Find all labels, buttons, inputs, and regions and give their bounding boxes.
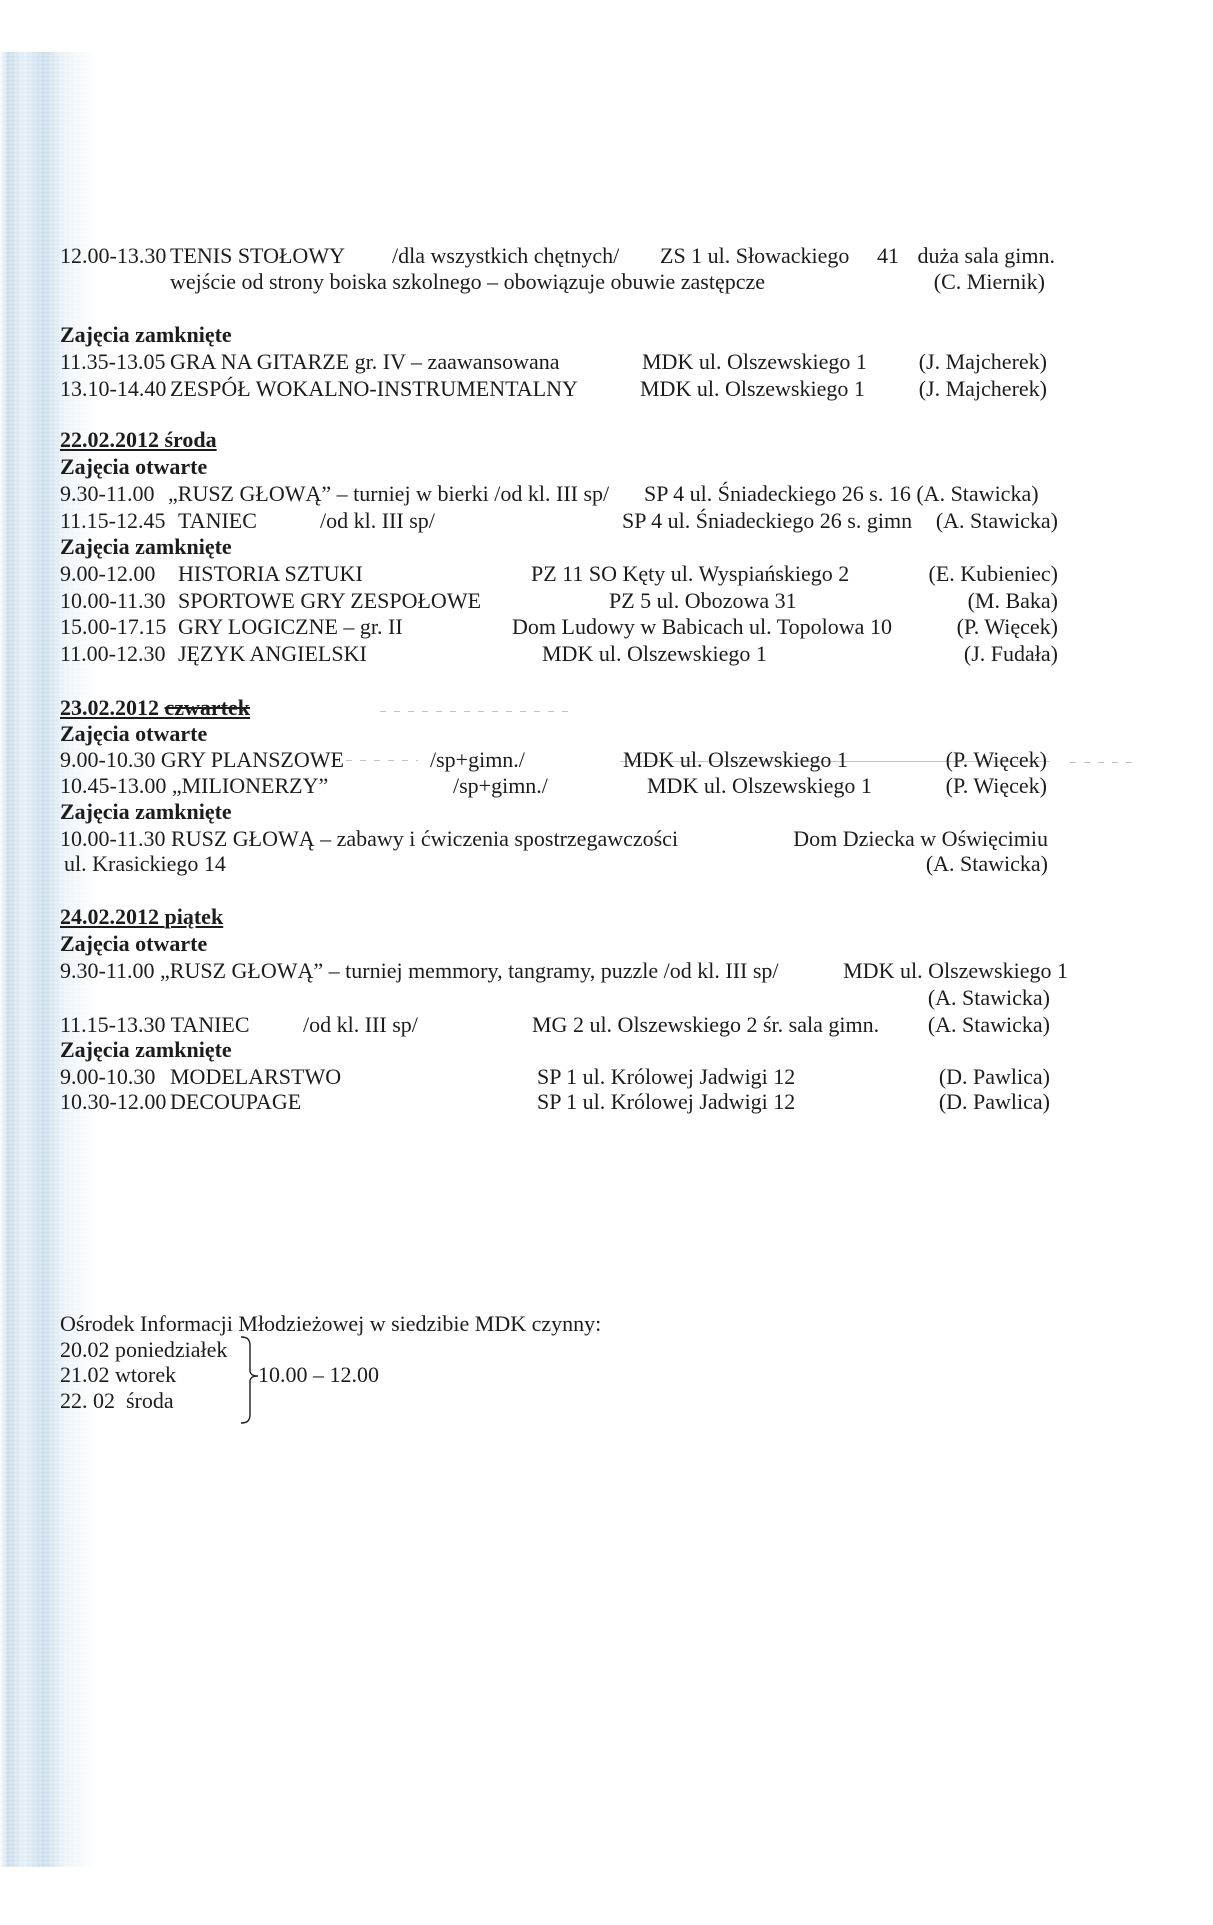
entry-audience: /od kl. III sp/ — [303, 1012, 418, 1038]
entry-activity-group: „RUSZ GŁOWĄ” – turniej w bierki /od kl. … — [168, 481, 609, 507]
entry-activity: TANIEC — [171, 1012, 250, 1037]
entry-time: 10.45-13.00 — [60, 773, 166, 798]
entry-leader: (A. Stawicka) — [928, 1012, 1050, 1038]
closed-classes-heading: Zajęcia zamknięte — [60, 799, 232, 825]
entry-place: MDK ul. Olszewskiego 1 — [843, 958, 1068, 984]
entry-time: 13.10-14.40 — [60, 376, 166, 402]
entry-leader: (D. Pawlica) — [939, 1089, 1050, 1115]
closed-classes-heading: Zajęcia zamknięte — [60, 1037, 232, 1063]
entry-leader: (J. Majcherek) — [919, 376, 1047, 402]
entry-place: Dom Ludowy w Babicach ul. Topolowa 10 — [512, 614, 892, 640]
info-day: 22. 02 środa — [60, 1388, 174, 1414]
scan-artifact — [380, 711, 570, 712]
info-day: 21.02 wtorek — [60, 1362, 176, 1388]
entry-note: wejście od strony boiska szkolnego – obo… — [170, 269, 765, 295]
info-title: Ośrodek Informacji Młodzieżowej w siedzi… — [60, 1311, 601, 1337]
entry-audience: /sp+gimn./ — [430, 747, 525, 773]
entry-audience: /od kl. III sp/ — [664, 958, 779, 983]
scan-artifact — [620, 761, 1050, 762]
entry-activity: GRA NA GITARZE gr. IV – zaawansowana — [170, 349, 559, 375]
entry-place: ZS 1 ul. Słowackiego — [660, 243, 849, 269]
entry-time: 10.30-12.00 — [60, 1089, 166, 1115]
entry-activity: HISTORIA SZTUKI — [178, 561, 363, 587]
entry-leader: (J. Fudała) — [964, 641, 1058, 667]
entry-leader: (C. Miernik) — [934, 269, 1045, 295]
entry-time: 9.00-10.30 — [60, 1064, 155, 1090]
entry-time: 9.30-11.00 — [60, 481, 155, 507]
entry-leader: (A. Stawicka) — [936, 508, 1058, 534]
entry-activity: GRY PLANSZOWE — [161, 747, 344, 772]
entry-place: SP 4 ul. Śniadeckiego 26 s. 16 — [644, 481, 911, 506]
entry-place: MDK ul. Olszewskiego 1 — [640, 376, 865, 402]
closed-classes-heading: Zajęcia zamknięte — [60, 534, 232, 560]
entry-time: 12.00-13.30 — [60, 243, 166, 269]
entry-activity: RUSZ GŁOWĄ – zabawy i ćwiczenia spostrze… — [171, 826, 678, 851]
entry-place-number: 41 — [877, 243, 899, 269]
entry-audience: /od kl. III sp/ — [320, 508, 435, 534]
entry-time-activity: 11.15-13.30 TANIEC — [60, 1012, 250, 1038]
entry-time-activity: 10.45-13.00 „MILIONERZY” — [60, 773, 328, 799]
info-day: 20.02 poniedziałek — [60, 1337, 227, 1363]
entry-room: duża sala gimn. — [918, 243, 1055, 269]
day-date: 23.02.2012 — [60, 695, 159, 720]
day-date: 22.02.2012 — [60, 427, 159, 452]
entry-time: 9.30-11.00 — [60, 958, 155, 983]
entry-leader: (P. Więcek) — [946, 773, 1047, 799]
entry-audience: /sp+gimn./ — [453, 773, 548, 799]
entry-place-group: SP 4 ul. Śniadeckiego 26 s. 16 (A. Stawi… — [644, 481, 1039, 507]
entry-time-activity: 9.00-10.30 GRY PLANSZOWE — [60, 747, 344, 773]
day-heading: 23.02.2012 czwartek — [60, 695, 250, 721]
entry-leader: (P. Więcek) — [957, 614, 1058, 640]
entry-place: Dom Dziecka w Oświęcimiu — [793, 826, 1048, 852]
entry-time: 11.00-12.30 — [60, 641, 166, 667]
entry-audience: /dla wszystkich chętnych/ — [392, 243, 619, 269]
entry-activity: SPORTOWE GRY ZESPOŁOWE — [178, 588, 481, 614]
entry-time-activity: 9.30-11.00 „RUSZ GŁOWĄ” – turniej memmor… — [60, 958, 779, 984]
entry-activity: TANIEC — [178, 508, 257, 534]
open-classes-heading: Zajęcia otwarte — [60, 931, 207, 957]
entry-time: 11.15-13.30 — [60, 1012, 166, 1037]
day-heading: 24.02.2012 piątek — [60, 904, 223, 930]
entry-time: 15.00-17.15 — [60, 614, 166, 640]
entry-activity: JĘZYK ANGIELSKI — [178, 641, 367, 667]
day-weekday: środa — [165, 427, 217, 452]
entry-time: 9.00-10.30 — [60, 747, 155, 772]
entry-activity: „RUSZ GŁOWĄ” – turniej memmory, tangramy… — [160, 958, 658, 983]
entry-time: 9.00-12.00 — [60, 561, 155, 587]
entry-place: PZ 11 SO Kęty ul. Wyspiańskiego 2 — [531, 561, 849, 587]
entry-activity: MODELARSTWO — [170, 1064, 341, 1090]
entry-time: 10.00-11.30 — [60, 826, 166, 851]
entry-activity: DECOUPAGE — [170, 1089, 301, 1115]
entry-place: MG 2 ul. Olszewskiego 2 śr. sala gimn. — [532, 1012, 879, 1038]
entry-activity: „MILIONERZY” — [172, 773, 328, 798]
entry-activity: ZESPÓŁ WOKALNO-INSTRUMENTALNY — [170, 376, 578, 402]
open-classes-heading: Zajęcia otwarte — [60, 721, 207, 747]
entry-place: SP 1 ul. Królowej Jadwigi 12 — [537, 1089, 795, 1115]
entry-activity: „RUSZ GŁOWĄ” – turniej w bierki — [168, 481, 489, 506]
entry-audience: /od kl. III sp/ — [494, 481, 609, 506]
entry-leader: (A. Stawicka) — [926, 851, 1048, 877]
entry-leader: (J. Majcherek) — [919, 349, 1047, 375]
day-date: 24.02.2012 — [60, 904, 159, 929]
info-hours: 10.00 – 12.00 — [258, 1362, 379, 1388]
entry-address: ul. Krasickiego 14 — [64, 851, 226, 877]
entry-leader: (A. Stawicka) — [916, 481, 1038, 506]
day-weekday: czwartek — [165, 695, 251, 720]
entry-place: MDK ul. Olszewskiego 1 — [642, 349, 867, 375]
scan-artifact — [1070, 762, 1140, 763]
entry-activity: TENIS STOŁOWY — [170, 243, 345, 269]
entry-leader: (D. Pawlica) — [939, 1064, 1050, 1090]
entry-time: 11.15-12.45 — [60, 508, 166, 534]
day-heading: 22.02.2012 środa — [60, 427, 217, 453]
closed-classes-heading: Zajęcia zamknięte — [60, 322, 232, 348]
entry-time-activity: 10.00-11.30 RUSZ GŁOWĄ – zabawy i ćwicze… — [60, 826, 678, 852]
entry-place: MDK ul. Olszewskiego 1 — [623, 747, 848, 773]
day-weekday: piątek — [165, 904, 224, 929]
entry-time: 11.35-13.05 — [60, 349, 166, 375]
open-classes-heading: Zajęcia otwarte — [60, 454, 207, 480]
entry-time: 10.00-11.30 — [60, 588, 166, 614]
entry-place: MDK ul. Olszewskiego 1 — [542, 641, 767, 667]
entry-place: SP 1 ul. Królowej Jadwigi 12 — [537, 1064, 795, 1090]
entry-place: MDK ul. Olszewskiego 1 — [647, 773, 872, 799]
entry-leader: (M. Baka) — [968, 588, 1058, 614]
entry-place: SP 4 ul. Śniadeckiego 26 s. gimn — [622, 508, 912, 534]
entry-leader: (A. Stawicka) — [928, 985, 1050, 1011]
entry-leader: (P. Więcek) — [946, 747, 1047, 773]
entry-leader: (E. Kubieniec) — [929, 561, 1059, 587]
scan-artifact — [318, 760, 418, 761]
entry-place: PZ 5 ul. Obozowa 31 — [609, 588, 797, 614]
entry-activity: GRY LOGICZNE – gr. II — [178, 614, 403, 640]
